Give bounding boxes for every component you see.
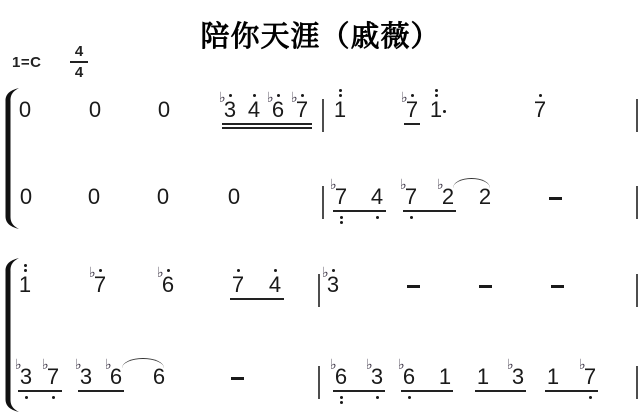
octave-dot-above xyxy=(167,269,170,272)
note: 3♭ xyxy=(510,366,526,388)
flat-sign: ♭ xyxy=(322,265,329,279)
flat-sign: ♭ xyxy=(330,357,337,371)
flat-sign: ♭ xyxy=(219,90,226,104)
octave-dot-above xyxy=(539,94,542,97)
note: 3♭ xyxy=(369,366,385,388)
note: 1 xyxy=(437,366,453,388)
duration-beam xyxy=(78,390,124,392)
note: 6♭ xyxy=(401,366,417,388)
note: 4 xyxy=(246,99,262,121)
note: 7♭ xyxy=(582,366,598,388)
barline xyxy=(322,99,324,132)
octave-dot-below xyxy=(408,396,411,399)
time-signature-numerator: 4 xyxy=(66,42,92,61)
flat-sign: ♭ xyxy=(330,177,337,191)
octave-dot-below xyxy=(376,396,379,399)
octave-dot-above xyxy=(229,94,232,97)
note: 7♭ xyxy=(92,274,108,296)
flat-sign: ♭ xyxy=(42,357,49,371)
octave-dot-above xyxy=(339,94,342,97)
duration-beam xyxy=(545,390,598,392)
flat-sign: ♭ xyxy=(579,357,586,371)
flat-sign: ♭ xyxy=(267,90,274,104)
octave-dot-below xyxy=(25,396,28,399)
note: 3♭ xyxy=(18,366,34,388)
duration-beam xyxy=(18,390,62,392)
dash-note xyxy=(231,377,244,380)
octave-dot-below xyxy=(340,216,343,219)
note: 6♭ xyxy=(333,366,349,388)
duration-beam xyxy=(222,127,312,129)
note: 3♭ xyxy=(222,99,238,121)
octave-dot-above xyxy=(339,89,342,92)
dash-note xyxy=(407,285,420,288)
note: 3♭ xyxy=(78,366,94,388)
note: 7♭ xyxy=(333,186,349,208)
rest-note: 0 xyxy=(226,186,242,208)
octave-dot-below xyxy=(52,396,55,399)
page-title: 陪你天涯（戚薇） xyxy=(0,14,641,55)
duration-beam xyxy=(401,390,453,392)
note: 2 xyxy=(477,186,493,208)
octave-dot-above xyxy=(435,89,438,92)
note: 1 xyxy=(475,366,491,388)
note: 6♭ xyxy=(108,366,124,388)
flat-sign: ♭ xyxy=(15,357,22,371)
duration-beam xyxy=(230,298,284,300)
note: 6♭ xyxy=(270,99,286,121)
flat-sign: ♭ xyxy=(157,265,164,279)
octave-dot-above xyxy=(99,269,102,272)
octave-dot-above xyxy=(24,264,27,267)
duration-beam xyxy=(475,390,526,392)
duration-beam xyxy=(333,390,385,392)
barline xyxy=(636,99,638,132)
rest-note: 0 xyxy=(17,99,33,121)
augmentation-dot xyxy=(443,110,446,113)
barline xyxy=(322,186,324,219)
octave-dot-above xyxy=(301,94,304,97)
octave-dot-below xyxy=(340,401,343,404)
note: 1 xyxy=(332,99,348,121)
octave-dot-below xyxy=(376,216,379,219)
time-signature-denominator: 4 xyxy=(66,63,92,82)
octave-dot-below xyxy=(340,221,343,224)
note: 1 xyxy=(17,274,33,296)
octave-dot-above xyxy=(237,269,240,272)
barline xyxy=(318,366,320,399)
rest-note: 0 xyxy=(18,186,34,208)
barline xyxy=(636,274,638,307)
flat-sign: ♭ xyxy=(398,357,405,371)
note: 6♭ xyxy=(160,274,176,296)
flat-sign: ♭ xyxy=(366,357,373,371)
note: 7 xyxy=(532,99,548,121)
note: 3♭ xyxy=(325,274,341,296)
flat-sign: ♭ xyxy=(75,357,82,371)
note: 7♭ xyxy=(403,186,419,208)
tie-arc xyxy=(453,178,490,188)
note: 7♭ xyxy=(404,99,420,121)
octave-dot-below xyxy=(410,216,413,219)
note: 7♭ xyxy=(294,99,310,121)
note: 7♭ xyxy=(45,366,61,388)
duration-beam xyxy=(333,210,386,212)
note: 4 xyxy=(369,186,385,208)
octave-dot-above xyxy=(277,94,280,97)
key-signature: 1=C xyxy=(12,54,41,71)
rest-note: 0 xyxy=(87,99,103,121)
dash-note xyxy=(479,285,492,288)
flat-sign: ♭ xyxy=(105,357,112,371)
note: 6 xyxy=(151,366,167,388)
octave-dot-below xyxy=(340,396,343,399)
duration-beam xyxy=(404,123,420,125)
octave-dot-above xyxy=(435,94,438,97)
octave-dot-above xyxy=(24,269,27,272)
octave-dot-above xyxy=(332,269,335,272)
dash-note xyxy=(549,197,562,200)
barline xyxy=(318,274,320,307)
tie-arc xyxy=(122,358,164,368)
time-signature: 4 4 xyxy=(66,42,92,82)
flat-sign: ♭ xyxy=(507,357,514,371)
octave-dot-above xyxy=(274,269,277,272)
rest-note: 0 xyxy=(155,186,171,208)
duration-beam xyxy=(222,123,312,125)
note: 1 xyxy=(428,99,444,121)
flat-sign: ♭ xyxy=(291,90,298,104)
duration-beam xyxy=(403,210,456,212)
flat-sign: ♭ xyxy=(400,177,407,191)
barline xyxy=(636,366,638,399)
note: 1 xyxy=(545,366,561,388)
flat-sign: ♭ xyxy=(89,265,96,279)
note: 2♭ xyxy=(440,186,456,208)
barline xyxy=(636,186,638,219)
rest-note: 0 xyxy=(86,186,102,208)
dash-note xyxy=(551,285,564,288)
note: 4 xyxy=(267,274,283,296)
sheet-music-page: 陪你天涯（戚薇） 1=C 4 4 0003♭46♭7♭17♭1700007♭47… xyxy=(0,0,641,413)
flat-sign: ♭ xyxy=(437,177,444,191)
octave-dot-below xyxy=(589,396,592,399)
rest-note: 0 xyxy=(156,99,172,121)
note: 7 xyxy=(230,274,246,296)
octave-dot-above xyxy=(253,94,256,97)
octave-dot-above xyxy=(411,94,414,97)
flat-sign: ♭ xyxy=(401,90,408,104)
